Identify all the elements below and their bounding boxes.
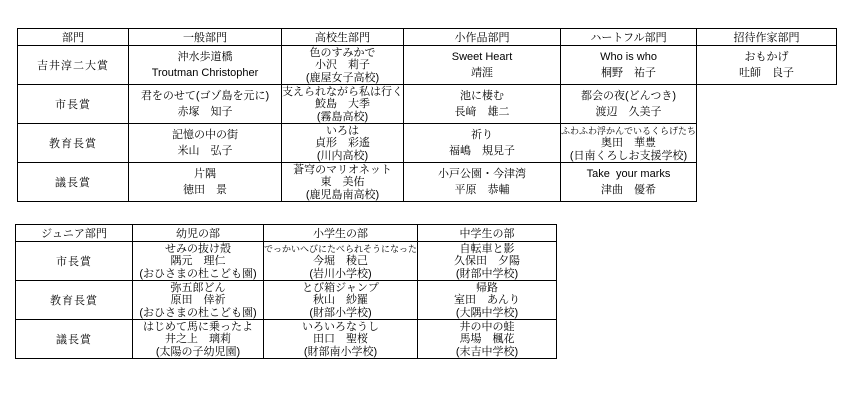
entry-cell-content: いろいろなうし田口 聖桜(財部南小学校): [264, 320, 417, 358]
entry-cell-content: 片隅徳田 景: [129, 163, 281, 201]
entry-author: 東 美佑: [282, 176, 403, 188]
entry-author: 隅元 理仁: [133, 255, 263, 267]
column-header: 小学生の部: [264, 225, 418, 242]
entry-title: おもかげ: [697, 51, 836, 63]
entry-cell: いろいろなうし田口 聖桜(財部南小学校): [264, 320, 418, 359]
entry-school: (霧島高校): [282, 111, 403, 123]
entry-cell: 池に棲む長﨑 雄二: [404, 85, 561, 124]
entry-author: Troutman Christopher: [129, 67, 281, 79]
entry-school: (おひさまの杜こども園): [133, 268, 263, 280]
header-row: 部門一般部門高校生部門小作品部門ハートフル部門招待作家部門: [18, 29, 837, 46]
entry-author: 鮫島 大季: [282, 98, 403, 110]
entry-author: 靖涯: [404, 67, 560, 79]
entry-cell-content: でっかいへびにたべられそうになった今堀 稜己(岩川小学校): [264, 242, 417, 280]
entry-title: 色のすみかで: [282, 47, 403, 59]
entry-cell: ふわふわ浮かんでいるくらげたち奥田 華豊(日南くろしお支援学校): [561, 124, 697, 163]
entry-author: 馬場 楓花: [418, 333, 556, 345]
entry-title: 自転車と影: [418, 243, 556, 255]
award-label: 議長賞: [18, 163, 129, 202]
entry-cell: 蒼穹のマリオネット東 美佑(鹿児島南高校): [282, 163, 404, 202]
column-header: ジュニア部門: [16, 225, 133, 242]
table-row: 吉井淳二大賞沖水歩道橋Troutman Christopher色のすみかで小沢 …: [18, 46, 837, 85]
award-label: 議長賞: [16, 320, 133, 359]
entry-title: ふわふわ浮かんでいるくらげたち: [561, 125, 696, 137]
entry-cell: 帰路室田 あんり(大隅中学校): [418, 281, 557, 320]
entry-school: (日南くろしお支援学校): [561, 150, 696, 162]
entry-author: 長﨑 雄二: [404, 106, 560, 118]
entry-title: Who is who: [561, 51, 696, 63]
table-row: 市長賞君をのせて(ゴゾ島を元に)赤塚 知子支えられながら私は行く鮫島 大季(霧島…: [18, 85, 837, 124]
entry-author: 秋山 紗羅: [264, 294, 417, 306]
entry-cell-content: 沖水歩道橋Troutman Christopher: [129, 46, 281, 84]
entry-author: 津曲 優希: [561, 184, 696, 196]
entry-title: 片隅: [129, 168, 281, 180]
entry-author: 室田 あんり: [418, 294, 556, 306]
entry-cell: せみの抜け殻隅元 理仁(おひさまの杜こども園): [133, 242, 264, 281]
entry-title: 君をのせて(ゴゾ島を元に): [129, 90, 281, 102]
entry-school: (岩川小学校): [264, 268, 417, 280]
entry-cell: 記憶の中の街米山 弘子: [129, 124, 282, 163]
junior-awards-table: ジュニア部門幼児の部小学生の部中学生の部市長賞せみの抜け殻隅元 理仁(おひさまの…: [15, 224, 557, 359]
entry-cell-content: 記憶の中の街米山 弘子: [129, 124, 281, 162]
entry-cell-content: Who is who桐野 祐子: [561, 46, 696, 84]
entry-title: 都会の夜(どんつき): [561, 90, 696, 102]
column-header: 部門: [18, 29, 129, 46]
entry-cell: Take your marks津曲 優希: [561, 163, 697, 202]
table-row: 議長賞はじめて馬に乗ったよ井之上 璃莉(太陽の子幼児園)いろいろなうし田口 聖桜…: [16, 320, 557, 359]
entry-cell-content: 君をのせて(ゴゾ島を元に)赤塚 知子: [129, 85, 281, 123]
entry-cell-content: Sweet Heart靖涯: [404, 46, 560, 84]
entry-cell: 君をのせて(ゴゾ島を元に)赤塚 知子: [129, 85, 282, 124]
table-row: 市長賞せみの抜け殻隅元 理仁(おひさまの杜こども園)でっかいへびにたべられそうに…: [16, 242, 557, 281]
entry-author: 田口 聖桜: [264, 333, 417, 345]
award-label: 教育長賞: [18, 124, 129, 163]
entry-school: (鹿屋女子高校): [282, 72, 403, 84]
award-label: 吉井淳二大賞: [18, 46, 129, 85]
entry-cell-content: 都会の夜(どんつき)渡辺 久美子: [561, 85, 696, 123]
entry-school: (財部小学校): [264, 307, 417, 319]
entry-cell-content: 祈り福嶋 規見子: [404, 124, 560, 162]
award-label: 市長賞: [18, 85, 129, 124]
column-header: 幼児の部: [133, 225, 264, 242]
entry-title: 支えられながら私は行く: [282, 86, 403, 98]
entry-school: (大隅中学校): [418, 307, 556, 319]
entry-cell-content: とび箱ジャンプ秋山 紗羅(財部小学校): [264, 281, 417, 319]
entry-author: 原田 倖祈: [133, 294, 263, 306]
entry-cell: 弥五郎どん原田 倖祈(おひさまの杜こども園): [133, 281, 264, 320]
entry-cell-content: 井の中の蛙馬場 楓花(末吉中学校): [418, 320, 556, 358]
entry-cell: 色のすみかで小沢 莉子(鹿屋女子高校): [282, 46, 404, 85]
entry-cell: 井の中の蛙馬場 楓花(末吉中学校): [418, 320, 557, 359]
column-header: 中学生の部: [418, 225, 557, 242]
entry-author: 渡辺 久美子: [561, 106, 696, 118]
entry-cell: 祈り福嶋 規見子: [404, 124, 561, 163]
entry-author: 米山 弘子: [129, 145, 281, 157]
entry-school: (鹿児島南高校): [282, 189, 403, 201]
entry-cell-content: 色のすみかで小沢 莉子(鹿屋女子高校): [282, 46, 403, 84]
entry-cell: Who is who桐野 祐子: [561, 46, 697, 85]
entry-cell: でっかいへびにたべられそうになった今堀 稜己(岩川小学校): [264, 242, 418, 281]
entry-title: Sweet Heart: [404, 51, 560, 63]
award-label: 市長賞: [16, 242, 133, 281]
table-row: 議長賞片隅徳田 景蒼穹のマリオネット東 美佑(鹿児島南高校)小戸公園・今津湾平原…: [18, 163, 837, 202]
entry-school: (おひさまの杜こども園): [133, 307, 263, 319]
page: 部門一般部門高校生部門小作品部門ハートフル部門招待作家部門吉井淳二大賞沖水歩道橋…: [0, 0, 842, 395]
entry-title: 祈り: [404, 129, 560, 141]
entry-cell-content: 池に棲む長﨑 雄二: [404, 85, 560, 123]
column-header: 高校生部門: [282, 29, 404, 46]
entry-cell: 都会の夜(どんつき)渡辺 久美子: [561, 85, 697, 124]
main-awards-table-body: 部門一般部門高校生部門小作品部門ハートフル部門招待作家部門吉井淳二大賞沖水歩道橋…: [18, 29, 837, 202]
entry-cell: 小戸公園・今津湾平原 恭輔: [404, 163, 561, 202]
entry-title: でっかいへびにたべられそうになった: [264, 243, 417, 255]
entry-title: 池に棲む: [404, 90, 560, 102]
entry-author: 小沢 莉子: [282, 59, 403, 71]
entry-title: いろいろなうし: [264, 321, 417, 333]
entry-cell: おもかげ吐師 良子: [697, 46, 837, 85]
main-awards-table: 部門一般部門高校生部門小作品部門ハートフル部門招待作家部門吉井淳二大賞沖水歩道橋…: [17, 28, 837, 202]
entry-cell: 自転車と影久保田 夕陽(財部中学校): [418, 242, 557, 281]
entry-cell-content: はじめて馬に乗ったよ井之上 璃莉(太陽の子幼児園): [133, 320, 263, 358]
column-header: 小作品部門: [404, 29, 561, 46]
entry-cell-content: 小戸公園・今津湾平原 恭輔: [404, 163, 560, 201]
column-header: 一般部門: [129, 29, 282, 46]
entry-cell: 支えられながら私は行く鮫島 大季(霧島高校): [282, 85, 404, 124]
entry-cell: とび箱ジャンプ秋山 紗羅(財部小学校): [264, 281, 418, 320]
entry-cell: はじめて馬に乗ったよ井之上 璃莉(太陽の子幼児園): [133, 320, 264, 359]
entry-author: 吐師 良子: [697, 67, 836, 79]
entry-title: せみの抜け殻: [133, 243, 263, 255]
entry-cell-content: Take your marks津曲 優希: [561, 163, 696, 201]
entry-title: 沖水歩道橋: [129, 51, 281, 63]
column-header: 招待作家部門: [697, 29, 837, 46]
entry-cell-content: 弥五郎どん原田 倖祈(おひさまの杜こども園): [133, 281, 263, 319]
entry-cell: 片隅徳田 景: [129, 163, 282, 202]
entry-cell-content: 蒼穹のマリオネット東 美佑(鹿児島南高校): [282, 163, 403, 201]
entry-cell-content: せみの抜け殻隅元 理仁(おひさまの杜こども園): [133, 242, 263, 280]
entry-title: 蒼穹のマリオネット: [282, 164, 403, 176]
entry-author: 奥田 華豊: [561, 137, 696, 149]
empty-cell: [697, 163, 837, 202]
table-row: 教育長賞記憶の中の街米山 弘子いろは貞形 彩遙(川内高校)祈り福嶋 規見子ふわふ…: [18, 124, 837, 163]
entry-author: 赤塚 知子: [129, 106, 281, 118]
entry-school: (末吉中学校): [418, 346, 556, 358]
entry-title: 記憶の中の街: [129, 129, 281, 141]
header-row: ジュニア部門幼児の部小学生の部中学生の部: [16, 225, 557, 242]
entry-author: 平原 恭輔: [404, 184, 560, 196]
entry-title: とび箱ジャンプ: [264, 282, 417, 294]
entry-cell-content: 支えられながら私は行く鮫島 大季(霧島高校): [282, 85, 403, 123]
empty-cell: [697, 124, 837, 163]
entry-cell-content: 帰路室田 あんり(大隅中学校): [418, 281, 556, 319]
entry-author: 貞形 彩遙: [282, 137, 403, 149]
entry-school: (川内高校): [282, 150, 403, 162]
entry-title: 帰路: [418, 282, 556, 294]
entry-cell: Sweet Heart靖涯: [404, 46, 561, 85]
entry-school: (太陽の子幼児園): [133, 346, 263, 358]
entry-title: 井の中の蛙: [418, 321, 556, 333]
entry-author: 福嶋 規見子: [404, 145, 560, 157]
entry-cell: 沖水歩道橋Troutman Christopher: [129, 46, 282, 85]
award-label: 教育長賞: [16, 281, 133, 320]
entry-author: 徳田 景: [129, 184, 281, 196]
entry-title: Take your marks: [561, 168, 696, 180]
table-row: 教育長賞弥五郎どん原田 倖祈(おひさまの杜こども園)とび箱ジャンプ秋山 紗羅(財…: [16, 281, 557, 320]
entry-cell-content: 自転車と影久保田 夕陽(財部中学校): [418, 242, 556, 280]
column-header: ハートフル部門: [561, 29, 697, 46]
entry-cell-content: ふわふわ浮かんでいるくらげたち奥田 華豊(日南くろしお支援学校): [561, 124, 696, 162]
entry-cell: いろは貞形 彩遙(川内高校): [282, 124, 404, 163]
entry-author: 桐野 祐子: [561, 67, 696, 79]
entry-title: はじめて馬に乗ったよ: [133, 321, 263, 333]
entry-title: 弥五郎どん: [133, 282, 263, 294]
entry-title: 小戸公園・今津湾: [404, 168, 560, 180]
entry-school: (財部南小学校): [264, 346, 417, 358]
entry-school: (財部中学校): [418, 268, 556, 280]
entry-author: 井之上 璃莉: [133, 333, 263, 345]
empty-cell: [697, 85, 837, 124]
entry-author: 今堀 稜己: [264, 255, 417, 267]
entry-cell-content: おもかげ吐師 良子: [697, 46, 836, 84]
entry-cell-content: いろは貞形 彩遙(川内高校): [282, 124, 403, 162]
entry-title: いろは: [282, 125, 403, 137]
junior-awards-table-body: ジュニア部門幼児の部小学生の部中学生の部市長賞せみの抜け殻隅元 理仁(おひさまの…: [16, 225, 557, 359]
entry-author: 久保田 夕陽: [418, 255, 556, 267]
